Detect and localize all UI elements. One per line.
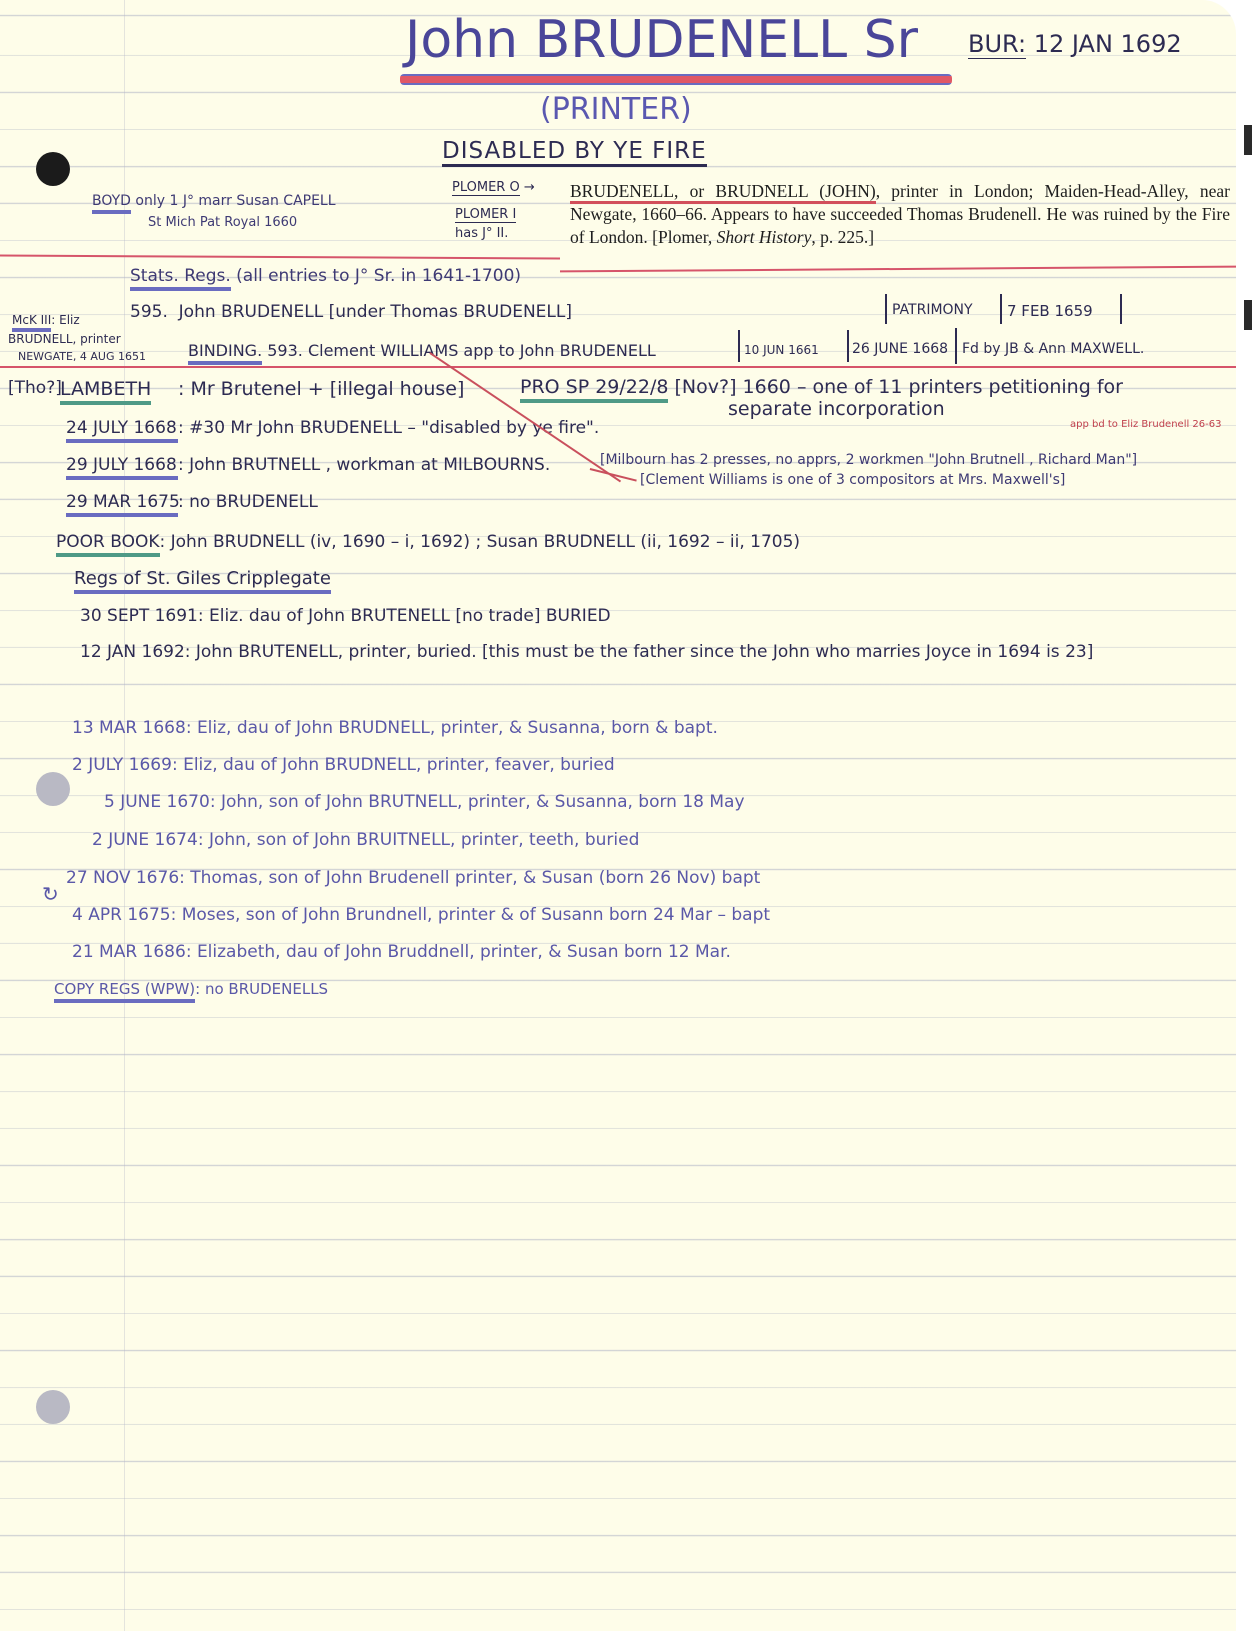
- entry-date: 2 JUNE 1674: [92, 830, 198, 850]
- entry-note: Fd by JB & Ann MAXWELL.: [962, 341, 1144, 357]
- red-divider: [0, 255, 560, 260]
- binding-label: BINDING.: [188, 341, 262, 365]
- page-edge: [1244, 300, 1252, 330]
- st-giles-entry: 12 JAN 1692: John BRUTENELL, printer, bu…: [80, 642, 1093, 662]
- arrow-right-icon: →: [524, 180, 535, 195]
- pro-ref-text-2: separate incorporation: [728, 398, 945, 420]
- entry-date: 4 APR 1675: [72, 905, 171, 925]
- entry-date: 29 JULY 1668: [66, 455, 178, 480]
- table-divider: [1000, 294, 1002, 324]
- register-entry: 2 JUNE 1674: John, son of John BRUITNELL…: [92, 830, 639, 850]
- lambeth-entry: 24 JULY 1668: #30 Mr John BRUDENELL – "d…: [66, 418, 599, 443]
- entry-date: 10 JUN 1661: [744, 343, 819, 357]
- register-entry: 2 JULY 1669: Eliz, dau of John BRUDNELL,…: [72, 755, 615, 775]
- entry-text: John BRUDENELL [under Thomas BRUDENELL]: [179, 302, 572, 322]
- entry-date: 2 JULY 1669: [72, 755, 172, 775]
- boyd-note: BOYD only 1 J° marr Susan CAPELL: [92, 193, 336, 209]
- stats-entry-595: 595. John BRUDENELL [under Thomas BRUDEN…: [130, 302, 572, 322]
- table-divider: [955, 328, 957, 364]
- red-annotation: app bd to Eliz Brudenell 26-63: [1070, 419, 1222, 430]
- subtitle-text: DISABLED BY YE FIRE: [442, 138, 707, 167]
- entry-date: 21 MAR 1686: [72, 942, 186, 962]
- stats-regs-label: Stats. Regs.: [130, 266, 231, 291]
- entry-text: : #30 Mr John BRUDENELL – "disabled by y…: [178, 418, 599, 438]
- margin-rule: [124, 0, 125, 1631]
- title-underline: [400, 74, 952, 85]
- poor-book-text: : John BRUDNELL (iv, 1690 – i, 1692) ; S…: [160, 532, 801, 552]
- entry-date: 5 JUNE 1670: [104, 792, 210, 812]
- plomer-o-ref: PLOMER O →: [452, 180, 535, 195]
- plomer-i-label: PLOMER I: [455, 207, 516, 223]
- entry-number: 595.: [130, 302, 168, 322]
- binder-hole: [36, 772, 70, 806]
- page-title: John BRUDENELL Sr: [405, 10, 918, 70]
- burial-date: 12 JAN 1692: [1034, 30, 1182, 58]
- register-entry: 4 APR 1675: Moses, son of John Brundnell…: [72, 905, 770, 925]
- swap-arrow-icon: ↻: [42, 882, 59, 906]
- entry-text: : Eliz, dau of John BRUDNELL, printer, &…: [186, 718, 718, 738]
- plomer-dictionary-clipping: BRUDENELL, or BRUDNELL (JOHN), printer i…: [570, 180, 1230, 249]
- register-entry: 13 MAR 1668: Eliz, dau of John BRUDNELL,…: [72, 718, 718, 738]
- binder-hole: [36, 1390, 70, 1424]
- entry-date: 29 MAR 1675: [66, 492, 178, 517]
- subtitle: DISABLED BY YE FIRE: [442, 138, 707, 164]
- stats-entry-593: BINDING. 593. Clement WILLIAMS app to Jo…: [188, 341, 656, 360]
- notebook-page: John BRUDENELL Sr BUR: 12 JAN 1692 (PRIN…: [0, 0, 1236, 1631]
- copy-regs-text: : no BRUDENELLS: [195, 980, 328, 998]
- entry-date: 7 FEB 1659: [1007, 302, 1093, 320]
- entry-text: : Elizabeth, dau of John Bruddnell, prin…: [186, 942, 731, 962]
- register-entry: 5 JUNE 1670: John, son of John BRUTNELL,…: [104, 792, 745, 812]
- entry-text: : John BRUTENELL, printer, buried. [this…: [185, 642, 1094, 662]
- mck-line-1: : Eliz: [51, 313, 79, 327]
- entry-text: : Eliz. dau of John BRUTENELL [no trade]…: [198, 606, 611, 626]
- burial-label: BUR:: [968, 30, 1026, 59]
- entry-date: 12 JAN 1692: [80, 642, 185, 662]
- mck-line-3: NEWGATE, 4 AUG 1651: [18, 350, 146, 363]
- milbourn-note: [Milbourn has 2 presses, no apprs, 2 wor…: [600, 452, 1137, 468]
- st-giles-heading: Regs of St. Giles Cripplegate: [74, 568, 331, 589]
- entry-date: 27 NOV 1676: [66, 868, 179, 888]
- entry-date: 13 MAR 1668: [72, 718, 186, 738]
- lambeth-label: LAMBETH: [60, 378, 151, 400]
- pro-ref-label: PRO SP 29/22/8: [520, 376, 668, 403]
- copy-regs-line: COPY REGS (WPW): no BRUDENELLS: [54, 980, 328, 998]
- mck-line-2: BRUDNELL, printer: [8, 332, 121, 346]
- occupation: (PRINTER): [540, 92, 692, 127]
- table-divider: [847, 330, 849, 362]
- red-arrow: [590, 468, 637, 481]
- st-giles-entry: 30 SEPT 1691: Eliz. dau of John BRUTENEL…: [80, 606, 611, 626]
- stats-regs-heading: Stats. Regs. (all entries to J° Sr. in 1…: [130, 266, 521, 286]
- boyd-label: BOYD: [92, 193, 131, 214]
- poor-book-line: POOR BOOK: John BRUDNELL (iv, 1690 – i, …: [56, 532, 800, 552]
- boyd-line-2: St Mich Pat Royal 1660: [148, 215, 297, 230]
- entry-text: : John BRUTNELL , workman at MILBOURNS.: [178, 455, 550, 475]
- register-entry: 21 MAR 1686: Elizabeth, dau of John Brud…: [72, 942, 731, 962]
- binder-hole: [36, 152, 70, 186]
- entry-date: 26 JUNE 1668: [852, 341, 948, 357]
- entry-text: : Eliz, dau of John BRUDNELL, printer, f…: [172, 755, 615, 775]
- table-divider: [885, 294, 887, 324]
- lambeth-entry: 29 MAR 1675: no BRUDENELL: [66, 492, 318, 517]
- plomer-o-label: PLOMER O: [452, 180, 520, 196]
- pro-ref-text: [Nov?] 1660 – one of 11 printers petitio…: [675, 376, 1123, 398]
- boyd-line-1: only 1 J° marr Susan CAPELL: [135, 193, 335, 209]
- entry-text: : Thomas, son of John Brudenell printer,…: [179, 868, 760, 888]
- red-divider: [0, 366, 1236, 368]
- plomer-entry-italic-ref: Short History: [717, 227, 812, 247]
- plomer-entry-heading: BRUDENELL, or BRUDNELL (JOHN): [570, 181, 876, 204]
- entry-date: 30 SEPT 1691: [80, 606, 198, 626]
- pro-reference: PRO SP 29/22/8 [Nov?] 1660 – one of 11 p…: [520, 376, 1123, 398]
- table-divider: [1120, 294, 1122, 324]
- table-divider: [738, 330, 740, 362]
- lambeth-entry: 29 JULY 1668: John BRUTNELL , workman at…: [66, 455, 550, 480]
- lambeth-text: : Mr Brutenel + [illegal house]: [178, 378, 464, 400]
- entry-text: : John, son of John BRUTNELL, printer, &…: [210, 792, 745, 812]
- plomer-entry-text-end: , p. 225.]: [811, 227, 874, 247]
- williams-note: [Clement Williams is one of 3 compositor…: [640, 472, 1065, 488]
- lambeth-prefix: [Tho?]: [8, 378, 62, 398]
- mck-label: McK III: [12, 313, 51, 332]
- entry-text: : Moses, son of John Brundnell, printer …: [171, 905, 770, 925]
- plomer-i-ref: PLOMER I: [455, 207, 516, 222]
- poor-book-label: POOR BOOK: [56, 532, 160, 557]
- lambeth-label-text: LAMBETH: [60, 378, 151, 405]
- stats-regs-note: (all entries to J° Sr. in 1641-1700): [236, 266, 521, 286]
- st-giles-heading-text: Regs of St. Giles Cripplegate: [74, 568, 331, 594]
- entry-text: : no BRUDENELL: [178, 492, 318, 512]
- entry-text: : John, son of John BRUITNELL, printer, …: [198, 830, 640, 850]
- entry-date: 24 JULY 1668: [66, 418, 178, 443]
- mck-note: McK III: Eliz: [12, 313, 80, 327]
- entry-type: PATRIMONY: [892, 302, 973, 318]
- entry-text: 593. Clement WILLIAMS app to John BRUDEN…: [267, 341, 656, 360]
- burial-info: BUR: 12 JAN 1692: [968, 30, 1182, 58]
- register-entry: 27 NOV 1676: Thomas, son of John Brudene…: [66, 868, 760, 888]
- plomer-i-note: has J° II.: [455, 226, 508, 241]
- copy-regs-label: COPY REGS (WPW): [54, 980, 195, 1003]
- red-divider: [560, 266, 1236, 273]
- page-edge: [1244, 125, 1252, 155]
